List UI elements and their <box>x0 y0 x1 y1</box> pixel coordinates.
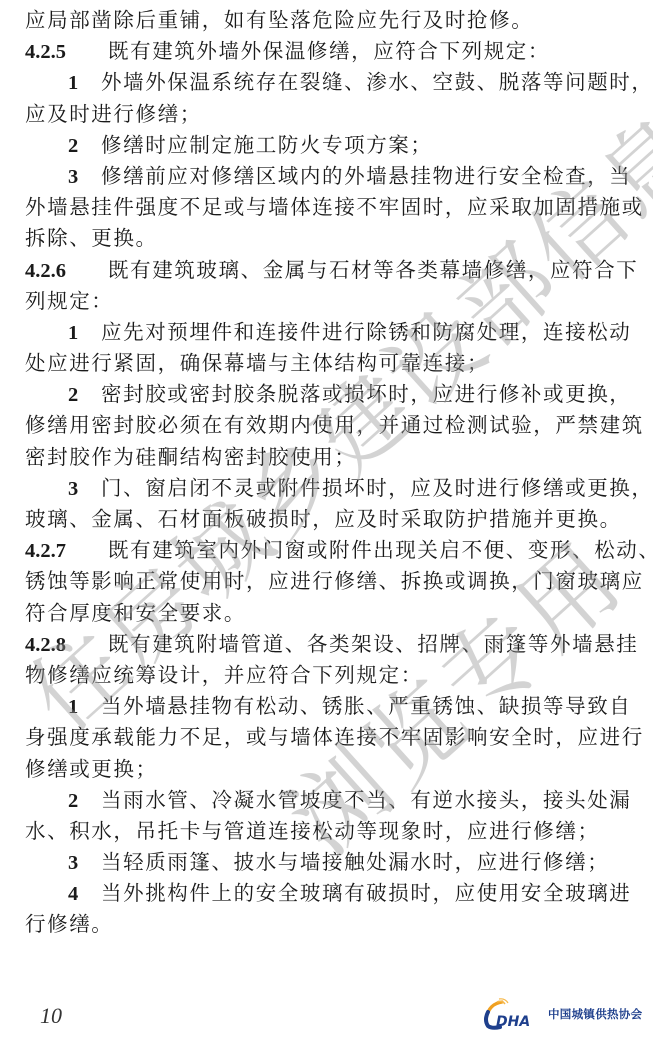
item-line: 2修缮时应制定施工防火专项方案； <box>25 130 637 161</box>
line-text: 符合厚度和安全要求。 <box>25 601 246 625</box>
text-line: 玻璃、金属、石材面板破损时，应及时采取防护措施并更换。 <box>25 504 637 535</box>
line-text: 当雨水管、冷凝水管坡度不当、有逆水接头，接头处漏 <box>101 788 631 812</box>
item-line: 3门、窗启闭不灵或附件损坏时，应及时进行修缮或更换， <box>25 473 637 504</box>
line-text: 既有建筑外墙外保温修缮，应符合下列规定： <box>108 39 550 63</box>
text-line: 锈蚀等影响正常使用时，应进行修缮、拆换或调换，门窗玻璃应 <box>25 566 637 597</box>
text-line: 拆除、更换。 <box>25 223 637 254</box>
item-line: 3修缮前应对修缮区域内的外墙悬挂物进行安全检查，当 <box>25 161 637 192</box>
line-text: 处应进行紧固，确保幕墙与主体结构可靠连接； <box>25 351 489 375</box>
clause-number: 4.2.6 <box>25 256 108 287</box>
line-text: 锈蚀等影响正常使用时，应进行修缮、拆换或调换，门窗玻璃应 <box>25 569 644 593</box>
line-text: 拆除、更换。 <box>25 226 158 250</box>
text-line: 修缮用密封胶必须在有效期内使用，并通过检测试验，严禁建筑 <box>25 410 637 441</box>
clause-number: 4.2.8 <box>25 630 108 661</box>
line-text: 玻璃、金属、石材面板破损时，应及时采取防护措施并更换。 <box>25 507 622 531</box>
line-text: 既有建筑附墙管道、各类架设、招牌、雨篷等外墙悬挂 <box>108 632 638 656</box>
line-text: 门、窗启闭不灵或附件损坏时，应及时进行修缮或更换， <box>101 476 653 500</box>
line-text: 修缮前应对修缮区域内的外墙悬挂物进行安全检查，当 <box>101 164 631 188</box>
clause-line: 4.2.7既有建筑室内外门窗或附件出现关启不便、变形、松动、 <box>25 535 637 566</box>
item-number: 3 <box>68 474 101 505</box>
item-number: 4 <box>68 879 101 910</box>
line-text: 水、积水，吊托卡与管道连接松动等现象时，应进行修缮； <box>25 819 600 843</box>
clause-number: 4.2.5 <box>25 37 108 68</box>
line-text: 应局部凿除后重铺，如有坠落危险应先行及时抢修。 <box>25 8 533 32</box>
item-number: 2 <box>68 380 101 411</box>
line-text: 当轻质雨篷、披水与墙接触处漏水时，应进行修缮； <box>101 850 609 874</box>
line-text: 当外挑构件上的安全玻璃有破损时，应使用安全玻璃进 <box>101 881 631 905</box>
clause-line: 4.2.5既有建筑外墙外保温修缮，应符合下列规定： <box>25 36 637 67</box>
text-line: 行修缮。 <box>25 909 637 940</box>
line-text: 既有建筑玻璃、金属与石材等各类幕墙修缮，应符合下 <box>108 258 638 282</box>
text-line: 身强度承载能力不足，或与墙体连接不牢固影响安全时，应进行 <box>25 722 637 753</box>
text-line: 应及时进行修缮； <box>25 99 637 130</box>
text-line: 符合厚度和安全要求。 <box>25 598 637 629</box>
line-text: 外墙悬挂件强度不足或与墙体连接不牢固时，应采取加固措施或 <box>25 195 644 219</box>
item-line: 3当轻质雨篷、披水与墙接触处漏水时，应进行修缮； <box>25 847 637 878</box>
cdha-logo-icon: DHA <box>482 998 544 1030</box>
line-text: 应先对预埋件和连接件进行除锈和防腐处理，连接松动 <box>101 320 631 344</box>
text-line: 密封胶作为硅酮结构密封胶使用； <box>25 442 637 473</box>
clause-line: 4.2.6既有建筑玻璃、金属与石材等各类幕墙修缮，应符合下 <box>25 255 637 286</box>
item-number: 3 <box>68 848 101 879</box>
line-text: 物修缮应统筹设计，并应符合下列规定： <box>25 663 423 687</box>
item-line: 1应先对预埋件和连接件进行除锈和防腐处理，连接松动 <box>25 317 637 348</box>
clause-number: 4.2.7 <box>25 536 108 567</box>
item-line: 2当雨水管、冷凝水管坡度不当、有逆水接头，接头处漏 <box>25 785 637 816</box>
clause-line: 4.2.8既有建筑附墙管道、各类架设、招牌、雨篷等外墙悬挂 <box>25 629 637 660</box>
item-line: 1当外墙悬挂物有松动、锈胀、严重锈蚀、缺损等导致自 <box>25 691 637 722</box>
text-line: 物修缮应统筹设计，并应符合下列规定： <box>25 660 637 691</box>
page-number: 10 <box>40 1003 62 1029</box>
item-line: 1外墙外保温系统存在裂缝、渗水、空鼓、脱落等问题时， <box>25 67 637 98</box>
item-number: 3 <box>68 162 101 193</box>
text-line: 列规定： <box>25 286 637 317</box>
logo-org-name: 中国城镇供热协会 <box>548 1006 642 1022</box>
item-number: 1 <box>68 68 101 99</box>
line-text: 修缮或更换； <box>25 757 158 781</box>
line-text: 既有建筑室内外门窗或附件出现关启不便、变形、松动、 <box>108 538 653 562</box>
item-line: 2密封胶或密封胶条脱落或损坏时，应进行修补或更换， <box>25 379 637 410</box>
text-line: 处应进行紧固，确保幕墙与主体结构可靠连接； <box>25 348 637 379</box>
item-number: 2 <box>68 786 101 817</box>
item-number: 1 <box>68 692 101 723</box>
item-number: 1 <box>68 318 101 349</box>
item-number: 2 <box>68 131 101 162</box>
text-line: 外墙悬挂件强度不足或与墙体连接不牢固时，应采取加固措施或 <box>25 192 637 223</box>
line-text: 修缮时应制定施工防火专项方案； <box>101 133 433 157</box>
line-text: 外墙外保温系统存在裂缝、渗水、空鼓、脱落等问题时， <box>101 70 653 94</box>
line-text: 密封胶或密封胶条脱落或损坏时，应进行修补或更换， <box>101 382 631 406</box>
text-line: 水、积水，吊托卡与管道连接松动等现象时，应进行修缮； <box>25 816 637 847</box>
svg-text:DHA: DHA <box>496 1014 530 1030</box>
body-text: 应局部凿除后重铺，如有坠落危险应先行及时抢修。4.2.5既有建筑外墙外保温修缮，… <box>25 5 637 941</box>
document-page: 应局部凿除后重铺，如有坠落危险应先行及时抢修。4.2.5既有建筑外墙外保温修缮，… <box>0 0 653 1041</box>
line-text: 当外墙悬挂物有松动、锈胀、严重锈蚀、缺损等导致自 <box>101 694 631 718</box>
cdha-logo: DHA 中国城镇供热协会 <box>482 997 647 1031</box>
line-text: 应及时进行修缮； <box>25 102 202 126</box>
line-text: 列规定： <box>25 289 113 313</box>
text-line: 应局部凿除后重铺，如有坠落危险应先行及时抢修。 <box>25 5 637 36</box>
item-line: 4当外挑构件上的安全玻璃有破损时，应使用安全玻璃进 <box>25 878 637 909</box>
text-line: 修缮或更换； <box>25 754 637 785</box>
line-text: 密封胶作为硅酮结构密封胶使用； <box>25 445 357 469</box>
line-text: 行修缮。 <box>25 912 113 936</box>
line-text: 身强度承载能力不足，或与墙体连接不牢固影响安全时，应进行 <box>25 725 644 749</box>
line-text: 修缮用密封胶必须在有效期内使用，并通过检测试验，严禁建筑 <box>25 413 644 437</box>
